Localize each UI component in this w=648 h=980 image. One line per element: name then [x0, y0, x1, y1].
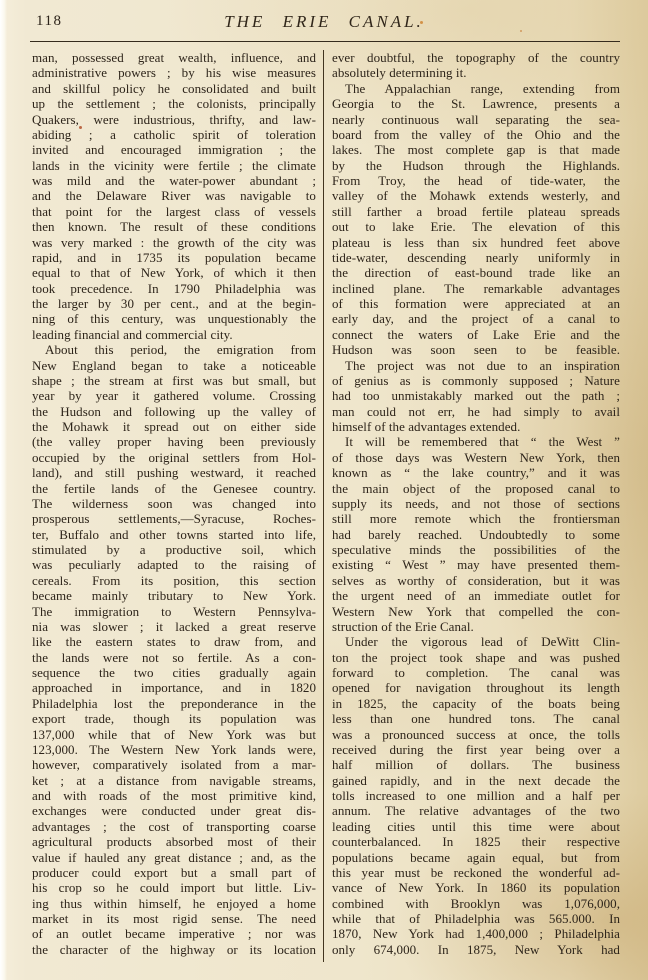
text-line: nearly continuous wall separating the se…: [332, 112, 620, 127]
text-line: cereals. From its position, this section: [32, 573, 316, 588]
text-line: ing thus within himself, he enjoyed a ho…: [32, 896, 316, 911]
text-line: counterbalanced. In 1825 their respectiv…: [332, 834, 620, 849]
text-line: absolutely determining it.: [332, 65, 620, 80]
text-line: export trade, though its population was: [32, 711, 316, 726]
text-line: leading cities until this time were abou…: [332, 819, 620, 834]
text-line: early day, and the project of a canal to: [332, 311, 620, 326]
text-line: then known. The result of these conditio…: [32, 219, 316, 234]
text-line: stimulated by a productive soil, which: [32, 542, 316, 557]
text-line: of genius as is commonly supposed ; Natu…: [332, 373, 620, 388]
text-line: combined with Brooklyn was 1,076,000,: [332, 896, 620, 911]
text-line: connect the waters of Lake Erie and the: [332, 327, 620, 342]
text-line: exchanges were conducted under great dis…: [32, 803, 316, 818]
text-line: land), and still pushing westward, it re…: [32, 465, 316, 480]
text-line: populations became again equal, but from: [332, 850, 620, 865]
text-line: the Mohawk it spread out on either side: [32, 419, 316, 434]
text-line: market in its most rigid sense. The need: [32, 911, 316, 926]
book-page: 118 THE ERIE CANAL. man, possessed great…: [0, 0, 648, 980]
text-line: nia was slower ; it lacked a great reser…: [32, 619, 316, 634]
text-line: Under the vigorous lead of DeWitt Clin-: [332, 634, 620, 649]
text-line: the Hudson and following up the valley o…: [32, 404, 316, 419]
text-line: agricultural products absorbed most of t…: [32, 834, 316, 849]
text-line: in 1825, the capacity of the boats being: [332, 696, 620, 711]
text-line: the larger by 30 per cent., and at the b…: [32, 296, 316, 311]
ink-speck: [79, 126, 82, 129]
text-line: forward to completion. The canal was: [332, 665, 620, 680]
text-line: was mild and the water-power abundant ;: [32, 173, 316, 188]
text-line: abiding ; a catholic spirit of toleratio…: [32, 127, 316, 142]
text-line: The immigration to Western Pennsylva-: [32, 604, 316, 619]
text-line: Quakers, were industrious, thrifty, and …: [32, 112, 316, 127]
text-line: opened for navigation throughout its len…: [332, 680, 620, 695]
text-line: however, comparatively isolated from a m…: [32, 757, 316, 772]
left-column: man, possessed great wealth, influence, …: [32, 50, 316, 962]
text-line: and the Delaware River was navigable to: [32, 188, 316, 203]
text-line: his crop so he could import but little. …: [32, 880, 316, 895]
right-column: ever doubtful, the topography of the cou…: [332, 50, 620, 962]
text-line: and skillful policy he consolidated and …: [32, 81, 316, 96]
text-line: of this formation were appreciated at an: [332, 296, 620, 311]
text-line: became mainly tributary to New York.: [32, 588, 316, 603]
text-line: It will be remembered that “ the West ”: [332, 434, 620, 449]
header-rule: [30, 41, 620, 42]
page-title: THE ERIE CANAL.: [0, 12, 648, 32]
text-line: by the Hudson through the Highlands.: [332, 158, 620, 173]
column-gap-right: [324, 50, 332, 962]
text-columns: man, possessed great wealth, influence, …: [32, 50, 620, 962]
text-line: shape ; the stream at first was but smal…: [32, 373, 316, 388]
text-line: ton the project took shape and was pushe…: [332, 650, 620, 665]
scan-edge: [0, 0, 7, 980]
text-line: selves as worthy of consideration, but i…: [332, 573, 620, 588]
text-line: sequence the two cities gradually again: [32, 665, 316, 680]
text-line: this year must be reckoned the wonderful…: [332, 865, 620, 880]
text-line: of those days was Western New York, then: [332, 450, 620, 465]
text-line: struction of the Erie Canal.: [332, 619, 620, 634]
text-line: man, possessed great wealth, influence, …: [32, 50, 316, 65]
text-line: valley of the Mohawk extends westerly, a…: [332, 188, 620, 203]
text-line: lands in the vicinity were fertile ; the…: [32, 158, 316, 173]
text-line: ter, Buffalo and other towns started int…: [32, 527, 316, 542]
text-line: the lands were not so fertile. As a con-: [32, 650, 316, 665]
text-line: lakes. The most complete gap is that mad…: [332, 142, 620, 157]
text-line: Western New York that compelled the con-: [332, 604, 620, 619]
text-line: Philadelphia lost the preponderance in t…: [32, 696, 316, 711]
text-line: was very marked : the growth of the city…: [32, 235, 316, 250]
text-line: 137,000 while that of New York was but: [32, 727, 316, 742]
text-line: Georgia to the St. Lawrence, presents a: [332, 96, 620, 111]
text-line: administrative powers ; by his wise meas…: [32, 65, 316, 80]
text-line: vance of New York. In 1860 its populatio…: [332, 880, 620, 895]
text-line: speculative minds the possibilities of t…: [332, 542, 620, 557]
text-line: of an outlet became imperative ; nor was: [32, 926, 316, 941]
text-line: The Appalachian range, extending from: [332, 81, 620, 96]
text-line: was peculiarly adapted to the raising of: [32, 557, 316, 572]
text-line: ning of this century, was unquestionably…: [32, 311, 316, 326]
text-line: the direction of east-bound trade like a…: [332, 265, 620, 280]
text-line: rapid, and in 1735 its population became: [32, 250, 316, 265]
text-line: About this period, the emigration from: [32, 342, 316, 357]
text-line: invited and encouraged immigration ; the: [32, 142, 316, 157]
text-line: equal to that of New York, of which it t…: [32, 265, 316, 280]
text-line: plateau is less than six hundred feet ab…: [332, 235, 620, 250]
text-line: half million of dollars. The business: [332, 757, 620, 772]
text-line: producer could export but a small part o…: [32, 865, 316, 880]
text-line: still farther a broad fertile plateau sp…: [332, 204, 620, 219]
text-line: Hudson was soon seen to be feasible.: [332, 342, 620, 357]
column-gap-left: [316, 50, 323, 962]
text-line: received during the first year being ove…: [332, 742, 620, 757]
text-line: that point for the largest class of vess…: [32, 204, 316, 219]
text-line: supply its needs, and not those of secti…: [332, 496, 620, 511]
text-line: still more remote which the frontiersman: [332, 511, 620, 526]
text-line: and with roads of the most primitive kin…: [32, 788, 316, 803]
text-line: inclined plane. The remarkable advantage…: [332, 281, 620, 296]
text-line: occupied by the original settlers from H…: [32, 450, 316, 465]
text-line: board from the valley of the Ohio and th…: [332, 127, 620, 142]
text-line: the fertile lands of the Genesee country…: [32, 481, 316, 496]
text-line: man could not err, he had simply to avai…: [332, 404, 620, 419]
ink-speck: [420, 21, 423, 24]
text-line: had too unmistakably marked out the path…: [332, 388, 620, 403]
text-line: (the valley proper having been previousl…: [32, 434, 316, 449]
text-line: himself of the advantages extended.: [332, 419, 620, 434]
ink-speck: [520, 30, 522, 32]
text-line: New England began to take a noticeable: [32, 358, 316, 373]
text-line: less than one hundred tons. The canal: [332, 711, 620, 726]
text-line: the main object of the proposed canal to: [332, 481, 620, 496]
text-line: only 674,000. In 1875, New York had: [332, 942, 620, 957]
text-line: year by year it gathered volume. Crossin…: [32, 388, 316, 403]
text-line: value if hauled any great distance ; and…: [32, 850, 316, 865]
text-line: existing “ West ” may have presented the…: [332, 557, 620, 572]
text-line: approached in importance, and in 1820: [32, 680, 316, 695]
text-line: leading financial and commercial city.: [32, 327, 316, 342]
text-line: tide-water, descending nearly uniformly …: [332, 250, 620, 265]
text-line: From Troy, the head of tide-water, the: [332, 173, 620, 188]
text-line: while that of Philadelphia was 565.000. …: [332, 911, 620, 926]
text-line: advantages ; the cost of transporting co…: [32, 819, 316, 834]
text-line: The wilderness soon was changed into: [32, 496, 316, 511]
text-line: annum. The relative advantages of the tw…: [332, 803, 620, 818]
text-line: 123,000. The Western New York lands were…: [32, 742, 316, 757]
text-line: tolls increased to one million and a hal…: [332, 788, 620, 803]
text-line: the character of the highway or its loca…: [32, 942, 316, 957]
text-line: out to lake Erie. The elevation of this: [332, 219, 620, 234]
text-line: up the settlement ; the colonists, princ…: [32, 96, 316, 111]
text-line: The project was not due to an inspiratio…: [332, 358, 620, 373]
text-line: ket ; at a distance from navigable strea…: [32, 773, 316, 788]
text-line: prosperous settlements,—Syracuse, Roches…: [32, 511, 316, 526]
text-line: the urgent need of an immediate outlet f…: [332, 588, 620, 603]
text-line: had barely reached. Undoubtedly to some: [332, 527, 620, 542]
text-line: ever doubtful, the topography of the cou…: [332, 50, 620, 65]
text-line: 1870, New York had 1,400,000 ; Philadelp…: [332, 926, 620, 941]
text-line: like the eastern states to draw from, an…: [32, 634, 316, 649]
text-line: took precedence. In 1790 Philadelphia wa…: [32, 281, 316, 296]
text-line: gained rapidly, and in the next decade t…: [332, 773, 620, 788]
text-line: was a pronounced success at once, the to…: [332, 727, 620, 742]
text-line: known as “ the lake country,” and it was: [332, 465, 620, 480]
